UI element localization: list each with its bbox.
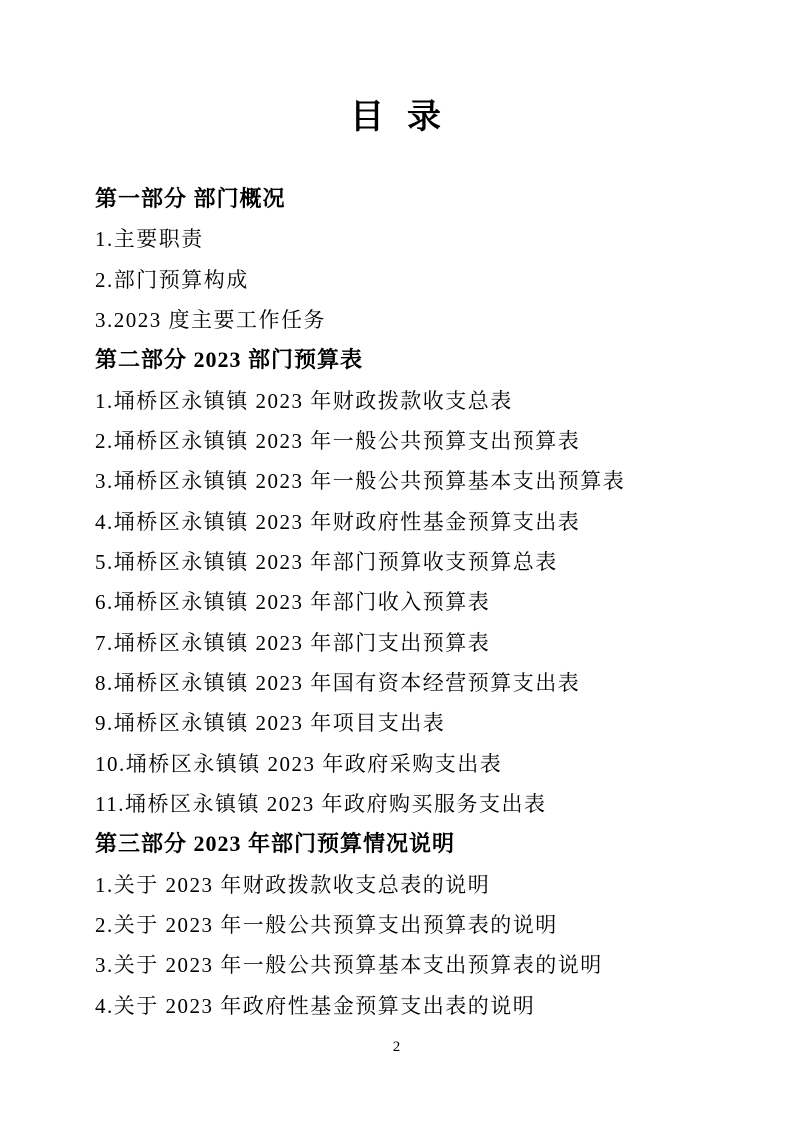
toc-item: 2.关于 2023 年一般公共预算支出预算表的说明 (95, 910, 738, 950)
toc-item: 7.埇桥区永镇镇 2023 年部门支出预算表 (95, 628, 738, 668)
toc-item: 11.埇桥区永镇镇 2023 年政府购买服务支出表 (95, 789, 738, 829)
section-heading-1: 第一部分 部门概况 (95, 184, 738, 224)
toc-item: 9.埇桥区永镇镇 2023 年项目支出表 (95, 708, 738, 748)
toc-item: 1.主要职责 (95, 224, 738, 264)
document-page: 目 录 第一部分 部门概况1.主要职责2.部门预算构成3.2023 度主要工作任… (0, 0, 793, 1122)
toc-item: 5.埇桥区永镇镇 2023 年部门预算收支预算总表 (95, 547, 738, 587)
toc-item: 1.关于 2023 年财政拨款收支总表的说明 (95, 870, 738, 910)
toc-item: 10.埇桥区永镇镇 2023 年政府采购支出表 (95, 749, 738, 789)
toc-item: 4.关于 2023 年政府性基金预算支出表的说明 (95, 991, 738, 1031)
toc-item: 2.部门预算构成 (95, 265, 738, 305)
toc-item: 4.埇桥区永镇镇 2023 年财政府性基金预算支出表 (95, 507, 738, 547)
toc-item: 2.埇桥区永镇镇 2023 年一般公共预算支出预算表 (95, 426, 738, 466)
toc-item: 3.埇桥区永镇镇 2023 年一般公共预算基本支出预算表 (95, 466, 738, 506)
toc-item: 1.埇桥区永镇镇 2023 年财政拨款收支总表 (95, 386, 738, 426)
toc-item: 6.埇桥区永镇镇 2023 年部门收入预算表 (95, 587, 738, 627)
section-heading-2: 第二部分 2023 部门预算表 (95, 345, 738, 385)
section-heading-3: 第三部分 2023 年部门预算情况说明 (95, 829, 738, 869)
toc-item: 8.埇桥区永镇镇 2023 年国有资本经营预算支出表 (95, 668, 738, 708)
page-title: 目 录 (0, 99, 793, 137)
table-of-contents: 第一部分 部门概况1.主要职责2.部门预算构成3.2023 度主要工作任务第二部… (95, 184, 738, 1031)
toc-item: 3.关于 2023 年一般公共预算基本支出预算表的说明 (95, 950, 738, 990)
toc-item: 3.2023 度主要工作任务 (95, 305, 738, 345)
page-number: 2 (0, 1038, 793, 1056)
